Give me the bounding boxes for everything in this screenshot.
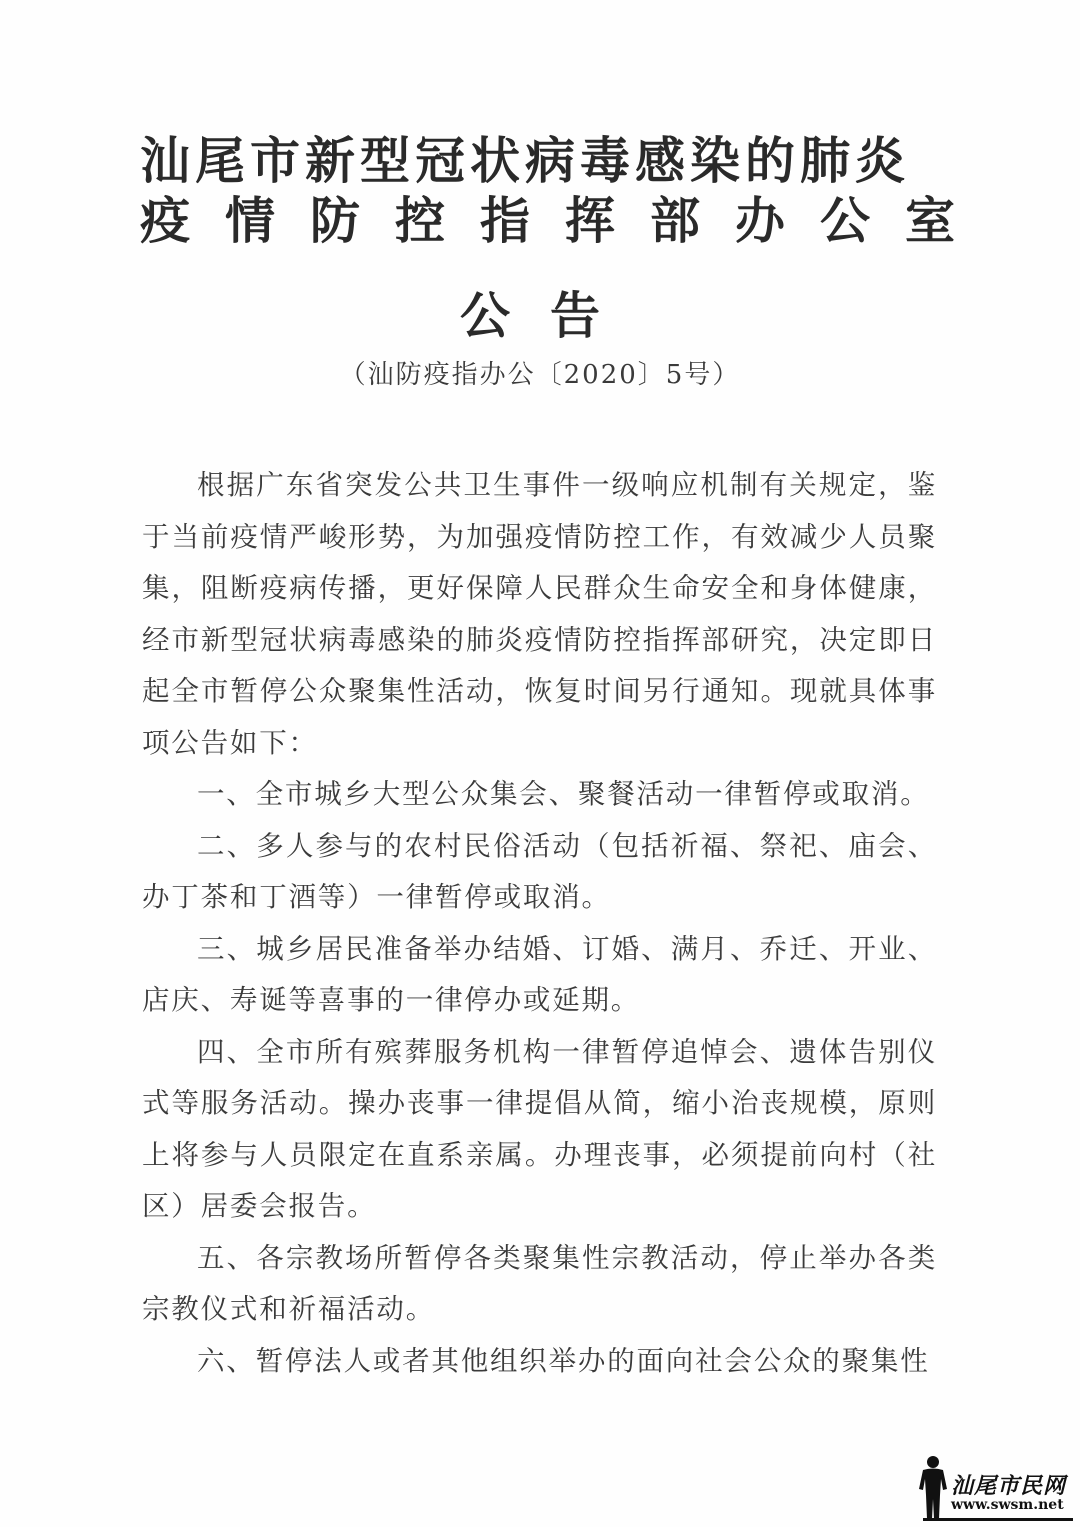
- document-page: 汕尾市新型冠状病毒感染的肺炎 疫情防控指挥部办公室 公告 （汕防疫指办公〔202…: [0, 0, 1080, 1527]
- site-watermark: 汕尾市民网 www.swsm.net: [915, 1455, 1075, 1525]
- paragraph-item-1: 一、全市城乡大型公众集会、聚餐活动一律暂停或取消。: [142, 769, 937, 821]
- document-number: （汕防疫指办公〔2020〕5号）: [0, 355, 1080, 395]
- document-title-line-1: 汕尾市新型冠状病毒感染的肺炎: [140, 130, 940, 192]
- document-subtitle: 公告: [0, 285, 1080, 347]
- paragraph-intro: 根据广东省突发公共卫生事件一级响应机制有关规定，鉴于当前疫情严峻形势，为加强疫情…: [142, 460, 937, 769]
- paragraph-item-4: 四、全市所有殡葬服务机构一律暂停追悼会、遗体告别仪式等服务活动。操办丧事一律提倡…: [142, 1027, 937, 1233]
- person-silhouette-icon: [915, 1455, 955, 1523]
- paragraph-item-3: 三、城乡居民准备举办结婚、订婚、满月、乔迁、开业、店庆、寿诞等喜事的一律停办或延…: [142, 924, 937, 1027]
- watermark-site-name: 汕尾市民网: [951, 1469, 1066, 1500]
- paragraph-item-2: 二、多人参与的农村民俗活动（包括祈福、祭祀、庙会、办丁茶和丁酒等）一律暂停或取消…: [142, 821, 937, 924]
- paragraph-item-6: 六、暂停法人或者其他组织举办的面向社会公众的聚集性: [142, 1336, 937, 1388]
- document-body: 根据广东省突发公共卫生事件一级响应机制有关规定，鉴于当前疫情严峻形势，为加强疫情…: [142, 460, 937, 1387]
- paragraph-item-5: 五、各宗教场所暂停各类聚集性宗教活动，停止举办各类宗教仪式和祈福活动。: [142, 1233, 937, 1336]
- watermark-site-url: www.swsm.net: [951, 1497, 1064, 1513]
- document-title-line-2: 疫情防控指挥部办公室: [140, 190, 940, 252]
- watermark-underline: [923, 1518, 1073, 1521]
